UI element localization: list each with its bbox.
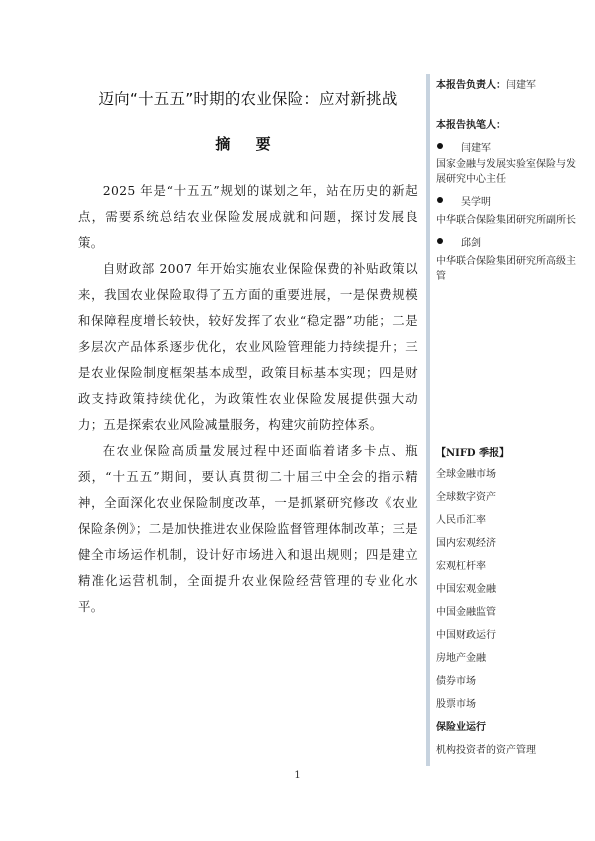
nifd-item-global-digital-assets[interactable]: 全球数字资产: [436, 486, 576, 509]
author-item: 吴学明 中华联合保险集团研究所副所长: [436, 191, 576, 228]
author-item: 闫建军 国家金融与发展实验室保险与发展研究中心主任: [436, 137, 576, 187]
nifd-item-insurance-operation[interactable]: 保险业运行: [436, 716, 576, 739]
author-name: 邱剑: [461, 234, 481, 249]
nifd-item-institutional-asset-management[interactable]: 机构投资者的资产管理: [436, 739, 576, 762]
nifd-report-list: 【NIFD 季报】 全球金融市场 全球数字资产 人民币汇率 国内宏观经济 宏观杠…: [436, 444, 576, 762]
nifd-item-rmb-exchange-rate[interactable]: 人民币汇率: [436, 509, 576, 532]
abstract-paragraph-3: 在农业保险高质量发展过程中还面临着诸多卡点、瓶颈，“十五五”期间，要认真贯彻二十…: [78, 438, 418, 620]
sidebar: 本报告负责人：闫建军 本报告执笔人： 闫建军 国家金融与发展实验室保险与发展研究…: [426, 74, 576, 766]
author-name: 闫建军: [461, 139, 491, 154]
author-affiliation: 中华联合保险集团研究所高级主管: [436, 254, 576, 284]
author-affiliation: 中华联合保险集团研究所副所长: [436, 213, 576, 228]
main-content: 迈向“十五五”时期的农业保险：应对新挑战 摘 要 2025 年是“十五五”规划的…: [78, 85, 418, 620]
authors-label: 本报告执笔人：: [436, 118, 576, 133]
responsible-label: 本报告负责人：: [436, 80, 506, 91]
nifd-item-stock-market[interactable]: 股票市场: [436, 693, 576, 716]
abstract-paragraph-1: 2025 年是“十五五”规划的谋划之年，站在历史的新起点，需要系统总结农业保险发…: [78, 178, 418, 256]
bullet-icon: [437, 143, 443, 149]
nifd-item-real-estate-finance[interactable]: 房地产金融: [436, 647, 576, 670]
bullet-icon: [437, 238, 443, 244]
nifd-item-china-fiscal-operation[interactable]: 中国财政运行: [436, 624, 576, 647]
nifd-item-domestic-macroeconomy[interactable]: 国内宏观经济: [436, 532, 576, 555]
nifd-header: 【NIFD 季报】: [436, 444, 576, 463]
responsible-person: 本报告负责人：闫建军: [436, 78, 576, 93]
authors-section: 本报告执笔人： 闫建军 国家金融与发展实验室保险与发展研究中心主任 吴学明 中华…: [436, 118, 576, 284]
document-title: 迈向“十五五”时期的农业保险：应对新挑战: [78, 85, 418, 113]
nifd-item-macro-leverage[interactable]: 宏观杠杆率: [436, 555, 576, 578]
nifd-item-china-financial-regulation[interactable]: 中国金融监管: [436, 601, 576, 624]
nifd-item-bond-market[interactable]: 债券市场: [436, 670, 576, 693]
author-affiliation: 国家金融与发展实验室保险与发展研究中心主任: [436, 157, 576, 187]
abstract-body: 2025 年是“十五五”规划的谋划之年，站在历史的新起点，需要系统总结农业保险发…: [78, 178, 418, 620]
abstract-heading: 摘 要: [78, 129, 418, 159]
author-item: 邱剑 中华联合保险集团研究所高级主管: [436, 232, 576, 284]
abstract-paragraph-2: 自财政部 2007 年开始实施农业保险保费的补贴政策以来，我国农业保险取得了五方…: [78, 256, 418, 438]
nifd-item-global-financial-markets[interactable]: 全球金融市场: [436, 463, 576, 486]
author-name: 吴学明: [461, 193, 491, 208]
page-number: 1: [0, 770, 595, 781]
responsible-name: 闫建军: [506, 80, 536, 91]
nifd-item-china-macro-finance[interactable]: 中国宏观金融: [436, 578, 576, 601]
bullet-icon: [437, 197, 443, 203]
